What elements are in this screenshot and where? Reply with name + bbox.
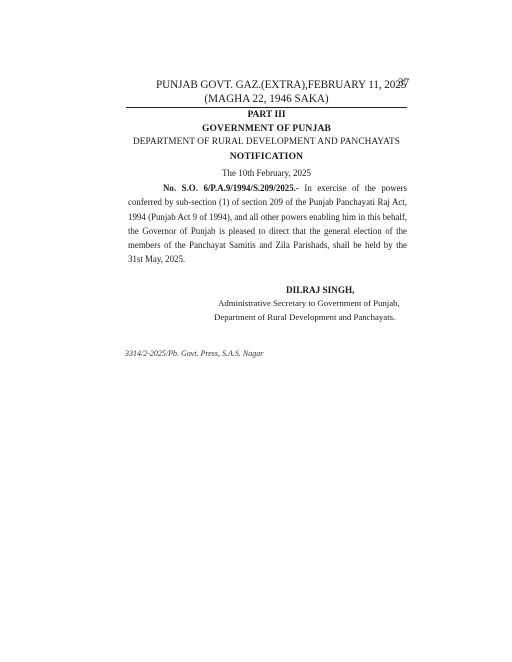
notification-body: No. S.O. 6/P.A.9/1994/S.209/2025.- In ex… <box>128 181 407 267</box>
department-heading: DEPARTMENT OF RURAL DEVELOPMENT AND PANC… <box>118 137 415 147</box>
notification-heading: NOTIFICATION <box>126 152 407 162</box>
gazette-header-title: PUNJAB GOVT. GAZ.(EXTRA),FEBRUARY 11, 20… <box>156 79 406 91</box>
notification-number: No. S.O. 6/P.A.9/1994/S.209/2025.- <box>163 183 299 193</box>
saka-date-line: (MAGHA 22, 1946 SAKA) <box>126 93 407 105</box>
signatory-name: DILRAJ SINGH, <box>286 285 354 295</box>
part-heading: PART III <box>126 110 407 120</box>
page-number: 37 <box>398 77 409 89</box>
notification-text: In exercise of the powers conferred by s… <box>128 183 407 264</box>
header-divider <box>126 107 407 108</box>
press-footer: 3314/2-2025/Pb. Govt. Press, S.A.S. Naga… <box>125 349 263 358</box>
signatory-title: Administrative Secretary to Government o… <box>218 298 400 308</box>
notification-date: The 10th February, 2025 <box>126 168 407 178</box>
government-heading: GOVERNMENT OF PUNJAB <box>126 124 407 134</box>
signatory-department: Department of Rural Development and Panc… <box>214 312 395 322</box>
